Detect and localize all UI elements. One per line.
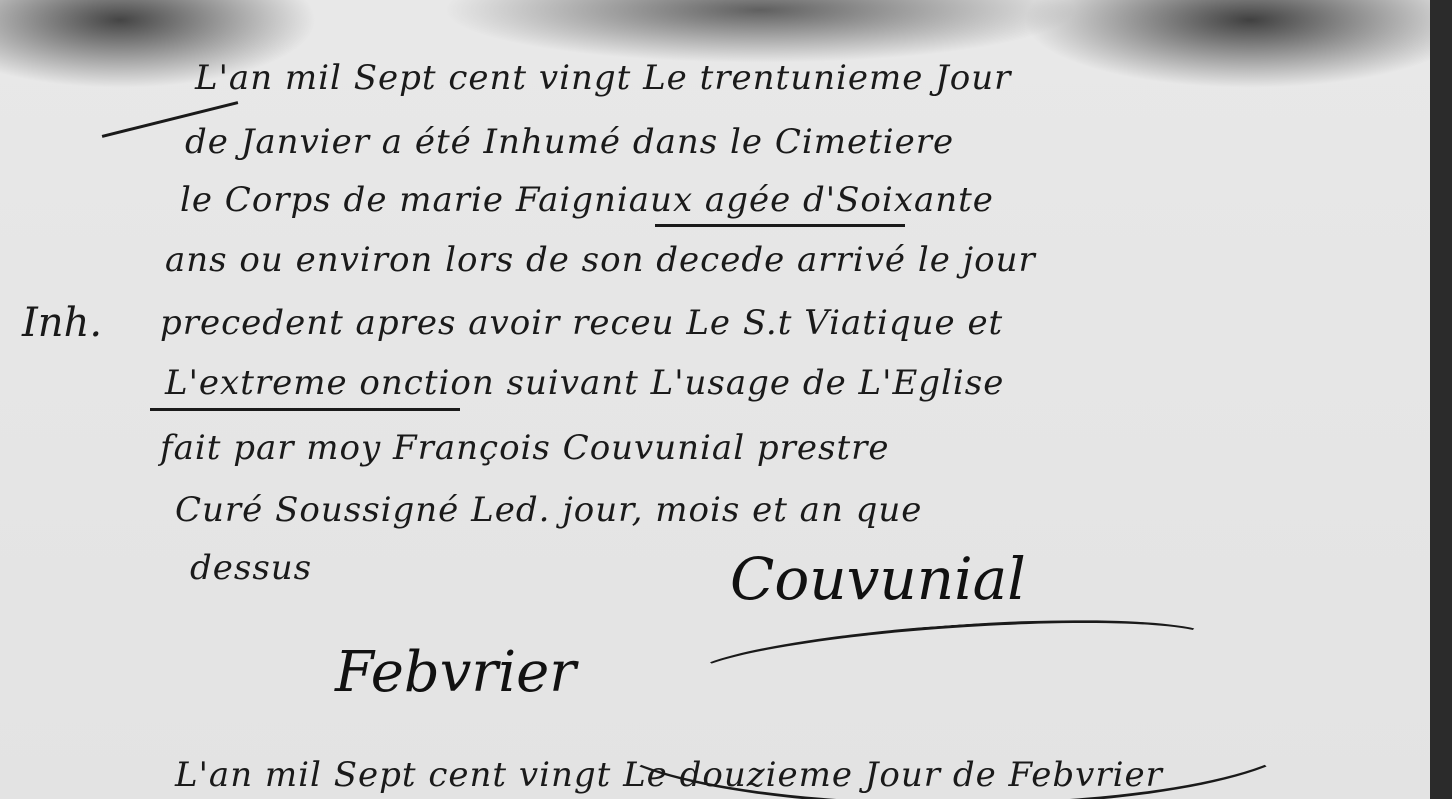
page-edge-border: [1430, 0, 1452, 799]
next-entry-line-1: L'an mil Sept cent vingt Le douzieme Jou…: [175, 755, 1163, 795]
entry-line-6: L'extreme onction suivant L'usage de L'E…: [165, 363, 1004, 403]
margin-note-inhumation: Inh.: [22, 300, 102, 346]
entry-line-4: ans ou environ lors de son decede arrivé…: [165, 240, 1036, 280]
month-heading-february: Febvrier: [335, 640, 576, 705]
entry-line-5: precedent apres avoir receu Le S.t Viati…: [160, 303, 1003, 343]
entry-line-7: fait par moy François Couvunial prestre: [160, 428, 890, 468]
entry-line-2: de Janvier a été Inhumé dans le Cimetier…: [185, 122, 954, 162]
entry-line-9: dessus: [190, 548, 312, 588]
priest-signature: Couvunial: [730, 545, 1026, 613]
name-underline: [655, 224, 905, 227]
register-page: Inh. L'an mil Sept cent vingt Le trentun…: [0, 0, 1452, 799]
extreme-onction-underline: [150, 408, 460, 411]
entry-line-8: Curé Soussigné Led. jour, mois et an que: [175, 490, 922, 530]
entry-line-3: le Corps de marie Faigniaux agée d'Soixa…: [180, 180, 994, 220]
entry-line-1: L'an mil Sept cent vingt Le trentunieme …: [195, 58, 1011, 98]
